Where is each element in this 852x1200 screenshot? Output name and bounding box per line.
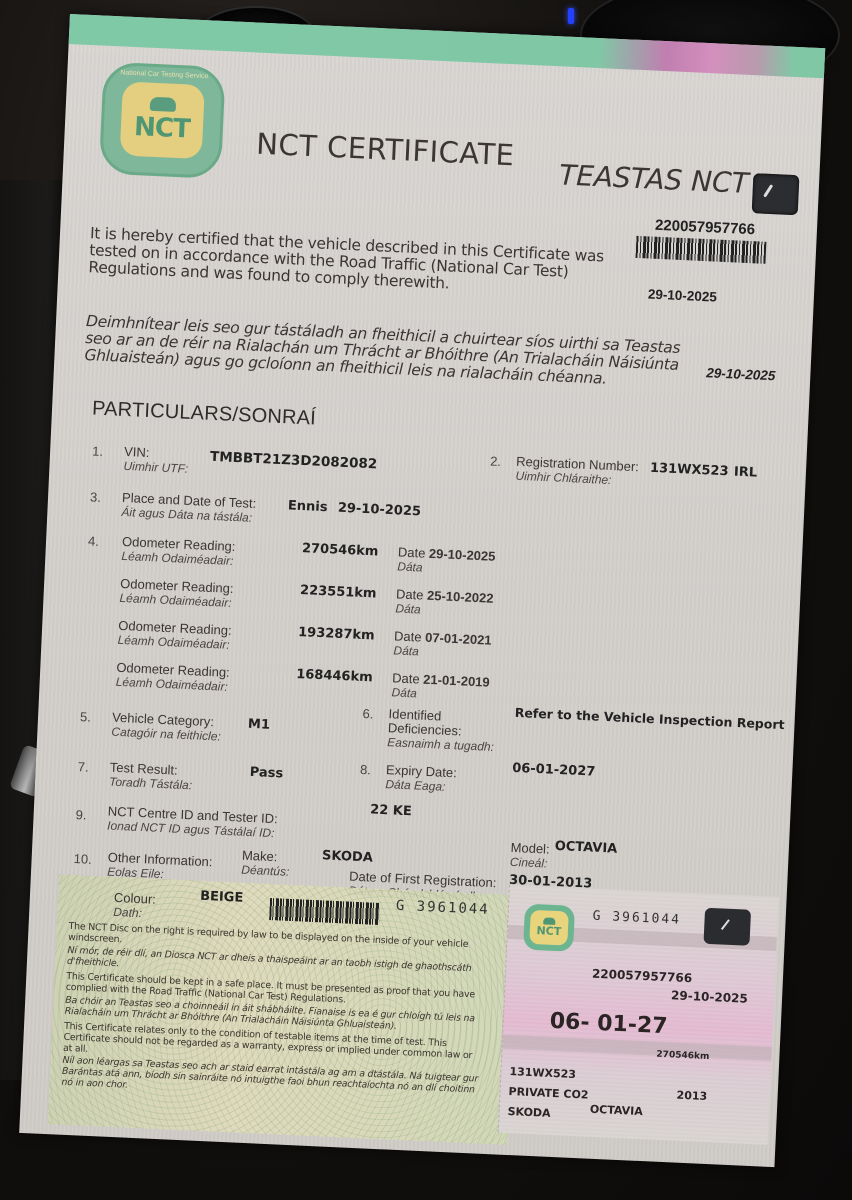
make-label-en: Make:: [242, 848, 278, 865]
test-date-english: 29-10-2025: [648, 287, 718, 305]
registration-value: 131WX523: [650, 461, 729, 480]
certificate-title-english: NCT CERTIFICATE: [256, 127, 516, 173]
odometer-date-label: Date: [398, 544, 430, 560]
logo-ring-text: National Car Testing Service: [102, 65, 223, 176]
disc-model: OCTAVIA: [590, 1103, 644, 1118]
vin-value: TMBBT21Z3D2082082: [210, 449, 378, 473]
disc-test-date: 29-10-2025: [671, 988, 748, 1005]
centre-value: 22 KE: [370, 802, 412, 819]
vin-label-ga: Uimhir UTF:: [123, 459, 188, 476]
nct-logo: National Car Testing Service NCT: [99, 62, 226, 179]
place-date-label: Place and Date of Test: Áit agus Dáta na…: [121, 491, 256, 525]
disc-odometer: 270546km: [656, 1050, 709, 1062]
certificate-number: 220057957766: [655, 217, 756, 239]
field-number: 5.: [80, 709, 92, 724]
vin-label-en: VIN:: [124, 444, 150, 460]
make-label: Make: Déantús:: [241, 849, 290, 879]
deficiencies-label: Identified Deficiencies: Easnaimh a tuga…: [387, 707, 496, 754]
colour-label-ga: Dath:: [113, 905, 156, 921]
disc-vehicle-type: PRIVATE CO2: [508, 1085, 588, 1102]
odometer-date: Date 07-01-2021Dáta: [393, 629, 492, 661]
category-label: Vehicle Category: Catagóir na feithicle:: [111, 711, 222, 744]
blue-led-light: [568, 8, 574, 24]
odometer-date: Date 21-01-2019Dáta: [391, 671, 490, 703]
disc-hologram-icon: [703, 908, 751, 946]
nct-certificate-document: National Car Testing Service NCT NCT CER…: [19, 14, 825, 1167]
expiry-label: Expiry Date: Dáta Eaga:: [385, 763, 457, 794]
disc-security-band: [503, 1035, 772, 1061]
disc-serial: G 3961044: [592, 909, 681, 928]
odometer-date-value: 29-10-2025: [429, 546, 496, 564]
field-number: 8.: [360, 762, 372, 777]
certification-statement-english: It is hereby certified that the vehicle …: [88, 225, 610, 300]
result-value: Pass: [249, 765, 283, 782]
field-number: 2.: [490, 454, 502, 469]
odometer-date-label: Date: [394, 628, 426, 644]
nct-windscreen-disc: NCT G 3961044 220057957766 29-10-2025 06…: [498, 885, 779, 1145]
result-label: Test Result: Toradh Tástála:: [109, 761, 193, 793]
odometer-value: 168446km: [296, 667, 373, 685]
deficiencies-value: Refer to the Vehicle Inspection Report: [514, 705, 784, 732]
barcode-icon: [636, 236, 767, 264]
model-label-en: Model:: [510, 840, 550, 857]
model-label: Model: Cineál:: [510, 841, 550, 871]
make-value: SKODA: [322, 848, 373, 865]
odometer-date: Date 25-10-2022Dáta: [395, 587, 494, 619]
disc-nct-logo: NCT: [523, 904, 575, 952]
make-label-ga: Déantús:: [241, 863, 290, 879]
disc-expiry-date: 06- 01-27: [549, 1009, 668, 1039]
odometer-label: Odometer Reading:Léamh Odaiméadair:: [115, 661, 230, 694]
hologram-seal-icon: [752, 173, 800, 215]
disc-logo-text: NCT: [536, 924, 561, 938]
category-value: M1: [248, 717, 271, 733]
field-number: 6.: [362, 706, 374, 721]
odometer-date: Date 29-10-2025Dáta: [397, 545, 496, 577]
colour-value: BEIGE: [200, 889, 244, 906]
result-label-ga: Toradh Tástála:: [109, 775, 193, 793]
certificate-title-irish: TEASTAS NCT: [558, 158, 749, 200]
odometer-value: 223551km: [300, 583, 377, 601]
odometer-date-value: 25-10-2022: [427, 588, 494, 606]
model-value: OCTAVIA: [554, 839, 617, 857]
field-number: 4.: [88, 533, 100, 548]
disc-certificate-number: 220057957766: [592, 967, 693, 986]
disc-logo-badge: NCT: [529, 910, 569, 946]
field-number: 7.: [78, 759, 90, 774]
odometer-value: 270546km: [302, 541, 379, 559]
registration-country: IRL: [734, 465, 758, 481]
odometer-date-label: Date: [396, 586, 428, 602]
deficiencies-label-ga: Easnaimh a tugadh:: [387, 735, 494, 754]
registration-label: Registration Number: Uimhir Chláraithe:: [515, 455, 639, 489]
odometer-label: Odometer Reading:Léamh Odaiméadair:: [119, 577, 234, 610]
vin-label: VIN: Uimhir UTF:: [123, 445, 189, 476]
field-number: 9.: [75, 807, 87, 822]
odometer-date-label: Date: [392, 670, 424, 686]
particulars-heading: PARTICULARS/SONRAÍ: [92, 397, 317, 430]
model-label-ga: Cineál:: [510, 855, 550, 871]
test-date-irish: 29-10-2025: [706, 365, 776, 383]
field-number: 3.: [90, 489, 102, 504]
disc-year: 2013: [676, 1089, 707, 1103]
odometer-date-value: 21-01-2019: [423, 672, 490, 690]
test-place: Ennis: [288, 498, 328, 515]
field-number: 10.: [73, 851, 92, 867]
colour-label: Colour: Dath:: [113, 891, 156, 921]
odometer-date-value: 07-01-2021: [425, 630, 492, 648]
odometer-label: Odometer Reading:Léamh Odaiméadair:: [121, 535, 236, 568]
odometer-value: 193287km: [298, 625, 375, 643]
disc-make: SKODA: [507, 1105, 550, 1120]
expiry-value: 06-01-2027: [512, 761, 596, 780]
field-number: 1.: [92, 443, 104, 458]
certification-statement-irish: Deimhnítear leis seo gur tástáladh an fh…: [84, 313, 696, 392]
disc-registration: 131WX523: [509, 1065, 576, 1081]
odometer-label: Odometer Reading:Léamh Odaiméadair:: [117, 619, 232, 652]
test-date: 29-10-2025: [338, 501, 422, 520]
centre-label: NCT Centre ID and Tester ID: Ionad NCT I…: [107, 805, 278, 841]
